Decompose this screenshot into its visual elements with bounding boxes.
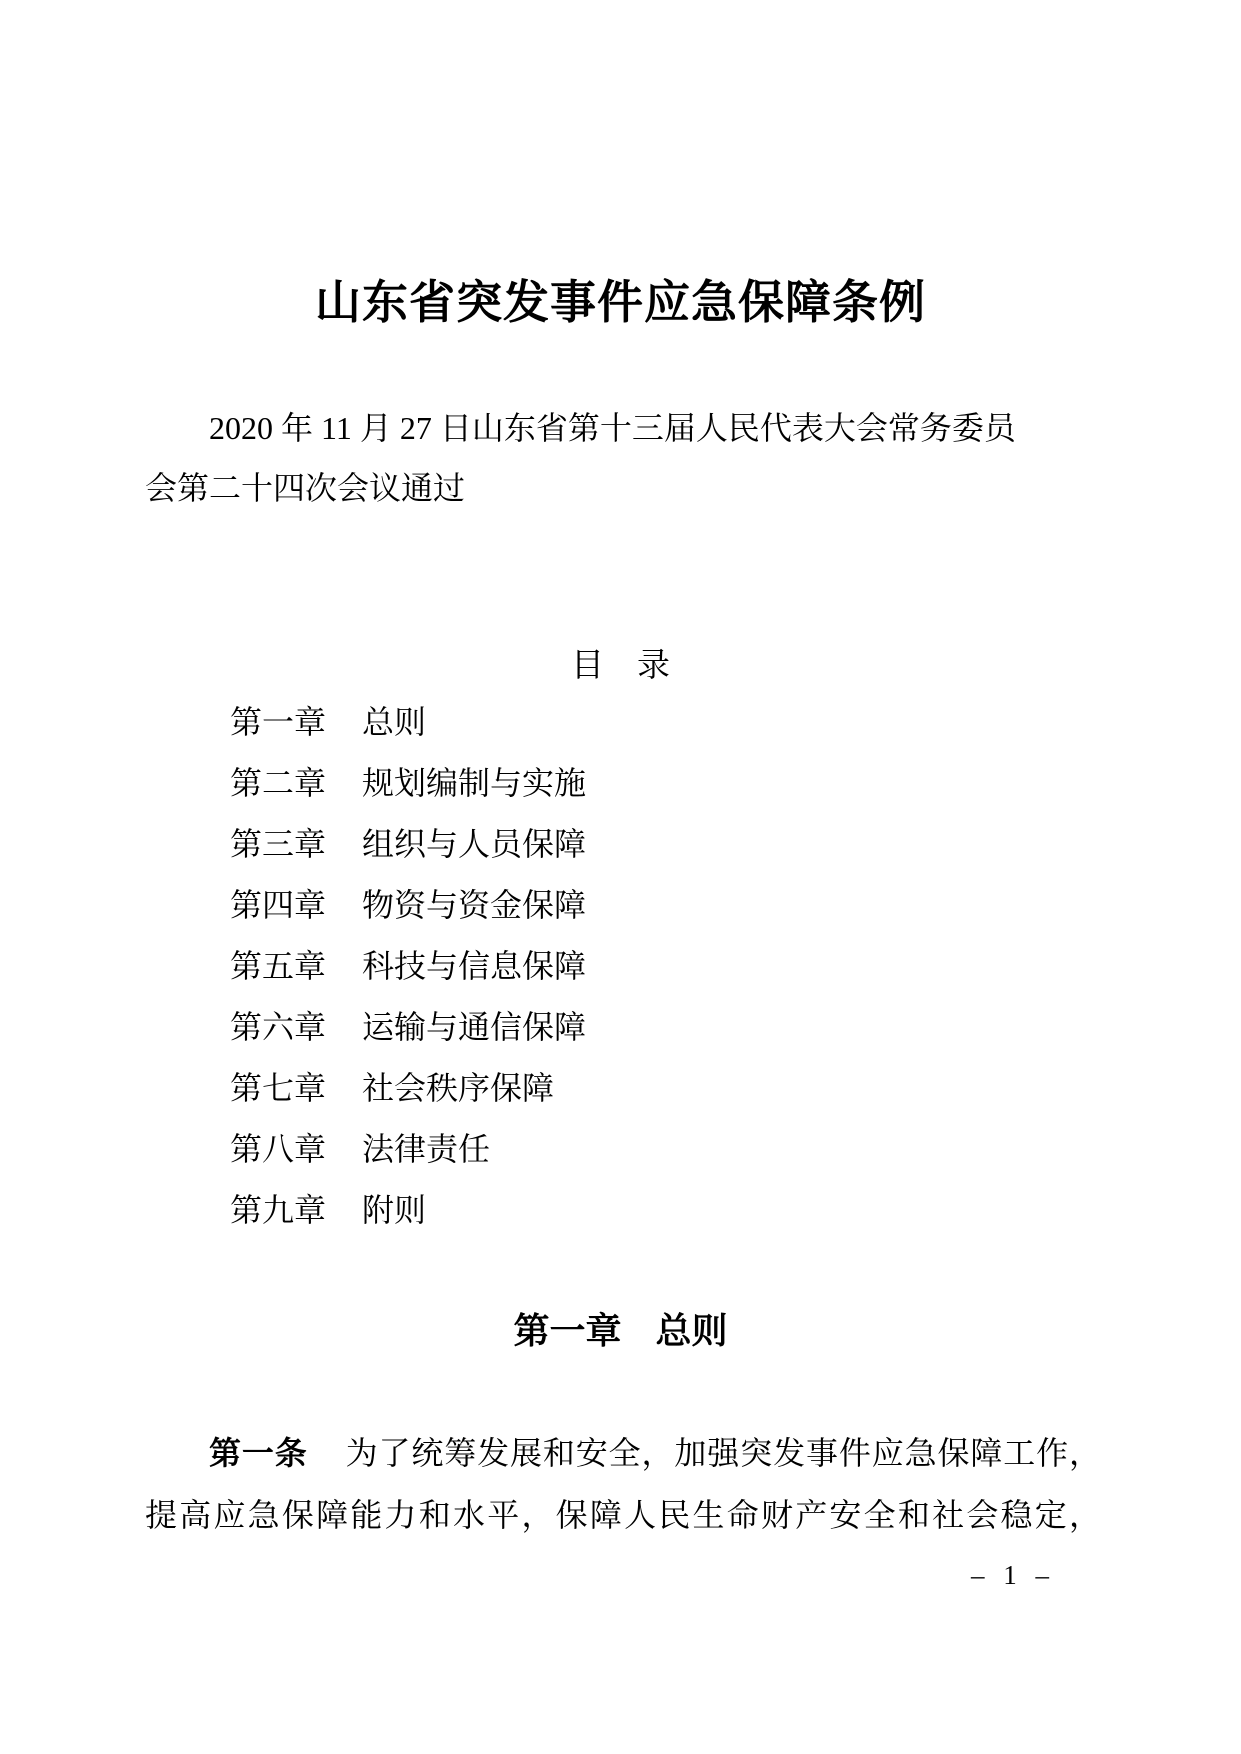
chapter-1-label: 第一章 (513, 1310, 621, 1351)
toc-chapter-label: 第一章 (230, 692, 326, 753)
toc-chapter-label: 第九章 (230, 1180, 326, 1241)
toc-chapter-title: 法律责任 (362, 1119, 490, 1180)
toc-chapter-label: 第六章 (230, 997, 326, 1058)
page-number: – 1 – (971, 1560, 1055, 1591)
toc-chapter-title: 物资与资金保障 (362, 875, 586, 936)
document-title: 山东省突发事件应急保障条例 (0, 275, 1241, 329)
toc-chapter-title: 运输与通信保障 (362, 997, 586, 1058)
chapter-1-title: 总则 (656, 1310, 728, 1351)
toc-chapter-label: 第五章 (230, 936, 326, 997)
article-1-paragraph: 第一条为了统筹发展和安全，加强突发事件应急保障工作， 提高应急保障能力和水平，保… (145, 1422, 1101, 1546)
article-1-line-1: 第一条为了统筹发展和安全，加强突发事件应急保障工作， (145, 1422, 1101, 1484)
toc-item: 第四章 物资与资金保障 (230, 875, 586, 936)
toc-chapter-title: 附则 (362, 1180, 426, 1241)
toc-chapter-label: 第八章 (230, 1119, 326, 1180)
toc-chapter-label: 第三章 (230, 814, 326, 875)
preamble: 2020 年 11 月 27 日山东省第十三届人民代表大会常务委员 会第二十四次… (145, 398, 1099, 518)
toc-chapter-title: 科技与信息保障 (362, 936, 586, 997)
toc-chapter-label: 第七章 (230, 1058, 326, 1119)
toc-item: 第三章 组织与人员保障 (230, 814, 586, 875)
toc-chapter-title: 总则 (362, 692, 426, 753)
toc-item: 第九章 附则 (230, 1180, 586, 1241)
toc-heading: 目 录 (0, 645, 1241, 687)
toc-chapter-label: 第四章 (230, 875, 326, 936)
toc-item: 第七章 社会秩序保障 (230, 1058, 586, 1119)
toc-item: 第五章 科技与信息保障 (230, 936, 586, 997)
preamble-line-2: 会第二十四次会议通过 (145, 458, 1099, 518)
chapter-1-heading: 第一章总则 (0, 1306, 1241, 1356)
toc-item: 第八章 法律责任 (230, 1119, 586, 1180)
toc-chapter-title: 规划编制与实施 (362, 753, 586, 814)
article-1-label: 第一条 (209, 1435, 308, 1471)
article-1-line-2: 提高应急保障能力和水平，保障人民生命财产安全和社会稳定， (145, 1484, 1101, 1546)
toc-item: 第一章 总则 (230, 692, 586, 753)
preamble-line-1: 2020 年 11 月 27 日山东省第十三届人民代表大会常务委员 (145, 398, 1099, 458)
toc-list: 第一章 总则 第二章 规划编制与实施 第三章 组织与人员保障 第四章 物资与资金… (230, 692, 586, 1241)
article-1-text: 为了统筹发展和安全，加强突发事件应急保障工作， (346, 1435, 1101, 1471)
document-page: 山东省突发事件应急保障条例 2020 年 11 月 27 日山东省第十三届人民代… (0, 0, 1241, 1754)
toc-chapter-title: 社会秩序保障 (362, 1058, 554, 1119)
toc-item: 第六章 运输与通信保障 (230, 997, 586, 1058)
toc-item: 第二章 规划编制与实施 (230, 753, 586, 814)
toc-chapter-title: 组织与人员保障 (362, 814, 586, 875)
toc-chapter-label: 第二章 (230, 753, 326, 814)
